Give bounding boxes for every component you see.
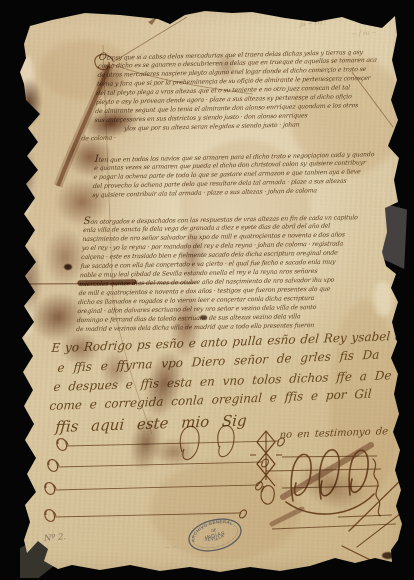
photo-backdrop: Otrosy que si a cabsa delas mercadurias … — [0, 0, 414, 580]
clause-paragraph-3: Son otorgados e despachados con las resp… — [76, 212, 358, 334]
manuscript-page: Otrosy que si a cabsa delas mercadurias … — [0, 0, 414, 580]
corner-scribble: ſa ~ rrl · — [300, 19, 327, 29]
corner-scribble: ~ ſ ra ~ — [352, 29, 377, 38]
ink-spot — [64, 264, 72, 270]
ink-stain — [14, 142, 36, 206]
torn-edge-fiber — [18, 140, 32, 214]
torn-edge-fiber — [374, 282, 392, 316]
ink-spot — [382, 552, 394, 559]
ink-spot — [200, 315, 207, 320]
ink-stain — [16, 78, 42, 126]
torn-edge-fiber — [20, 252, 34, 336]
ink-stain — [214, 52, 238, 80]
ink-stain — [44, 228, 86, 286]
ink-stain — [54, 178, 110, 226]
ink-stain — [152, 438, 196, 466]
pencil-dash-mark: –– ~ — [164, 544, 177, 552]
ink-stain — [100, 350, 130, 390]
clause-paragraph-2: Iten que en todos los navios que se arma… — [92, 149, 375, 200]
ink-stain — [66, 136, 114, 178]
ink-stain — [92, 58, 126, 102]
archivist-number-note: Nº 2. — [44, 532, 67, 544]
